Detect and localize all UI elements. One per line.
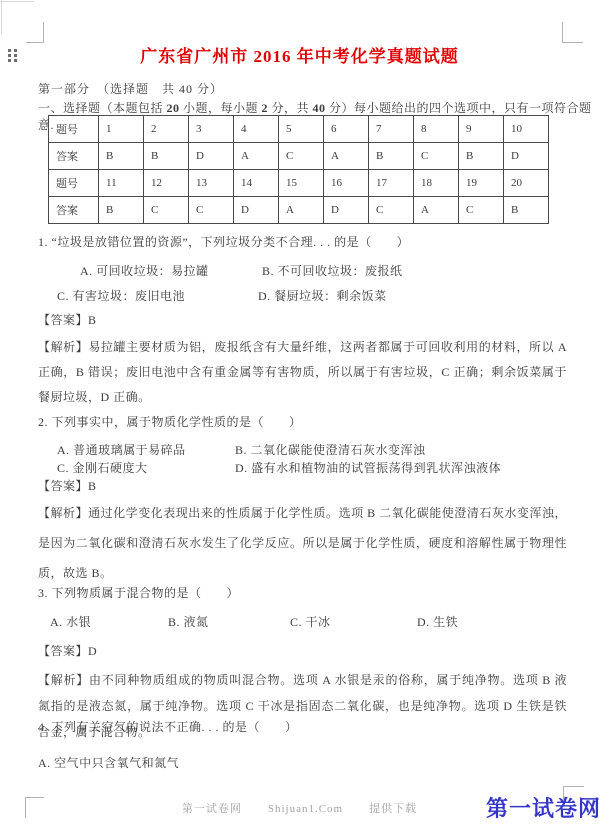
table-cell: A xyxy=(324,143,369,170)
margin-crop-mark-top-left-icon xyxy=(26,22,44,43)
intro-part: 一、选择题（本题包括 xyxy=(38,101,167,115)
table-cell: 12 xyxy=(144,170,189,197)
table-cell: 18 xyxy=(414,170,459,197)
question-1-option-c: C. 有害垃圾：废旧电池 xyxy=(57,287,258,304)
table-cell: 答案 xyxy=(49,197,99,224)
question-3-option-b: B. 液氮 xyxy=(168,613,290,630)
intro-part: 分，共 xyxy=(268,101,313,115)
footer-site-name: 第一试卷网 xyxy=(182,803,242,815)
footer-brand-watermark: 第一试卷网 xyxy=(486,792,599,823)
question-4-stem: 4. 下列有关空气的说法不正确. . . 的是（ ） xyxy=(38,718,567,735)
intro-part: 小题，每小题 xyxy=(180,101,262,115)
intro-bold-number: 20 xyxy=(167,101,180,115)
table-cell: 15 xyxy=(279,170,324,197)
table-cell: C xyxy=(279,143,324,170)
table-cell: D xyxy=(234,197,279,224)
table-cell: B xyxy=(99,143,144,170)
question-1-analysis: 【解析】易拉罐主要材质为铝，废报纸含有大量纤维，这两者都属于可回收利用的材料，所… xyxy=(38,335,567,410)
question-1-stem: 1. “垃圾是放错位置的资源”，下列垃圾分类不合理. . . 的是（ ） xyxy=(38,233,567,250)
question-1-options-row-2: C. 有害垃圾：废旧电池D. 餐厨垃圾：剩余饭菜 xyxy=(38,287,586,304)
table-row: 题号 11 12 13 14 15 16 17 18 19 20 xyxy=(49,170,549,197)
table-cell: 题号 xyxy=(49,170,99,197)
page-edge-line-horizontal xyxy=(0,1,34,2)
table-cell: B xyxy=(504,197,549,224)
table-cell: D xyxy=(324,197,369,224)
table-cell: 6 xyxy=(324,116,369,143)
question-2-options-row-1: A. 普通玻璃属于易碎品B. 二氧化碳能使澄清石灰水变浑浊 xyxy=(38,441,586,458)
question-2-answer: 【答案】B xyxy=(38,477,567,494)
table-cell: 9 xyxy=(459,116,504,143)
table-cell: 16 xyxy=(324,170,369,197)
table-row: 答案 B B D A C A B C B D xyxy=(49,143,549,170)
answer-table: 题号 1 2 3 4 5 6 7 8 9 10 答案 B B D A C A B… xyxy=(48,115,549,224)
table-cell: 20 xyxy=(504,170,549,197)
table-row: 答案 B C C D A D C A C B xyxy=(49,197,549,224)
section-heading: 第一部分 （选择题 共 40 分） xyxy=(38,80,223,97)
page-edge-line-vertical xyxy=(1,0,2,34)
question-2-option-c: C. 金刚石硬度大 xyxy=(57,459,235,476)
question-3-stem: 3. 下列物质属于混合物的是（ ） xyxy=(38,584,567,601)
table-cell: C xyxy=(369,197,414,224)
question-1-option-d: D. 餐厨垃圾：剩余饭菜 xyxy=(258,289,387,303)
question-2-analysis: 【解析】通过化学变化表现出来的性质属于化学性质。选项 B 二氧化碳能使澄清石灰水… xyxy=(38,498,567,588)
question-2-stem: 2. 下列事实中，属于物质化学性质的是（ ） xyxy=(38,413,567,430)
footer-site-url: Shijuan1.Com xyxy=(268,803,343,815)
table-cell: 答案 xyxy=(49,143,99,170)
intro-bold-number: 40 xyxy=(313,101,326,115)
table-cell: C xyxy=(189,197,234,224)
question-3-answer: 【答案】D xyxy=(38,642,567,659)
question-1-option-b: B. 不可回收垃圾：废报纸 xyxy=(262,264,403,278)
table-cell: B xyxy=(99,197,144,224)
footer-download-text: 提供下载 xyxy=(369,803,417,815)
question-3-options-row: A. 水银B. 液氮C. 干冰D. 生铁 xyxy=(38,613,579,630)
table-cell: D xyxy=(189,143,234,170)
question-2-options-row-2: C. 金刚石硬度大D. 盛有水和植物油的试管振荡得到乳状浑浊液体 xyxy=(38,459,586,476)
table-cell: C xyxy=(144,197,189,224)
table-cell: C xyxy=(414,143,459,170)
table-cell: 7 xyxy=(369,116,414,143)
table-cell: 题号 xyxy=(49,116,99,143)
table-row: 题号 1 2 3 4 5 6 7 8 9 10 xyxy=(49,116,549,143)
question-2-option-d: D. 盛有水和植物油的试管振荡得到乳状浑浊液体 xyxy=(235,461,501,475)
table-cell: 14 xyxy=(234,170,279,197)
table-cell: B xyxy=(459,143,504,170)
question-1-options-row-1: A. 可回收垃圾：易拉罐B. 不可回收垃圾：废报纸 xyxy=(38,262,599,279)
document-page: { "header": { "title": "广东省广州市 2016 年中考化… xyxy=(0,0,599,829)
table-cell: 3 xyxy=(189,116,234,143)
table-cell: 8 xyxy=(414,116,459,143)
table-cell: B xyxy=(369,143,414,170)
table-cell: A xyxy=(414,197,459,224)
table-cell: 2 xyxy=(144,116,189,143)
margin-crop-mark-top-right-icon xyxy=(562,22,583,43)
table-cell: 5 xyxy=(279,116,324,143)
table-cell: 4 xyxy=(234,116,279,143)
table-cell: D xyxy=(504,143,549,170)
question-2-option-a: A. 普通玻璃属于易碎品 xyxy=(57,441,235,458)
page-title: 广东省广州市 2016 年中考化学真题试题 xyxy=(0,42,599,67)
question-4-option-a: A. 空气中只含氧气和氮气 xyxy=(38,754,567,771)
question-1-option-a: A. 可回收垃圾：易拉罐 xyxy=(80,262,262,279)
table-cell: A xyxy=(279,197,324,224)
table-cell: 1 xyxy=(99,116,144,143)
question-1-answer: 【答案】B xyxy=(38,311,567,328)
table-cell: 10 xyxy=(504,116,549,143)
table-cell: 11 xyxy=(99,170,144,197)
table-cell: C xyxy=(459,197,504,224)
question-3-option-d: D. 生铁 xyxy=(417,615,458,629)
table-cell: A xyxy=(234,143,279,170)
question-2-option-b: B. 二氧化碳能使澄清石灰水变浑浊 xyxy=(235,443,426,457)
table-cell: 19 xyxy=(459,170,504,197)
question-3-option-a: A. 水银 xyxy=(50,613,168,630)
question-3-option-c: C. 干冰 xyxy=(290,613,417,630)
table-cell: B xyxy=(144,143,189,170)
table-cell: 17 xyxy=(369,170,414,197)
table-cell: 13 xyxy=(189,170,234,197)
